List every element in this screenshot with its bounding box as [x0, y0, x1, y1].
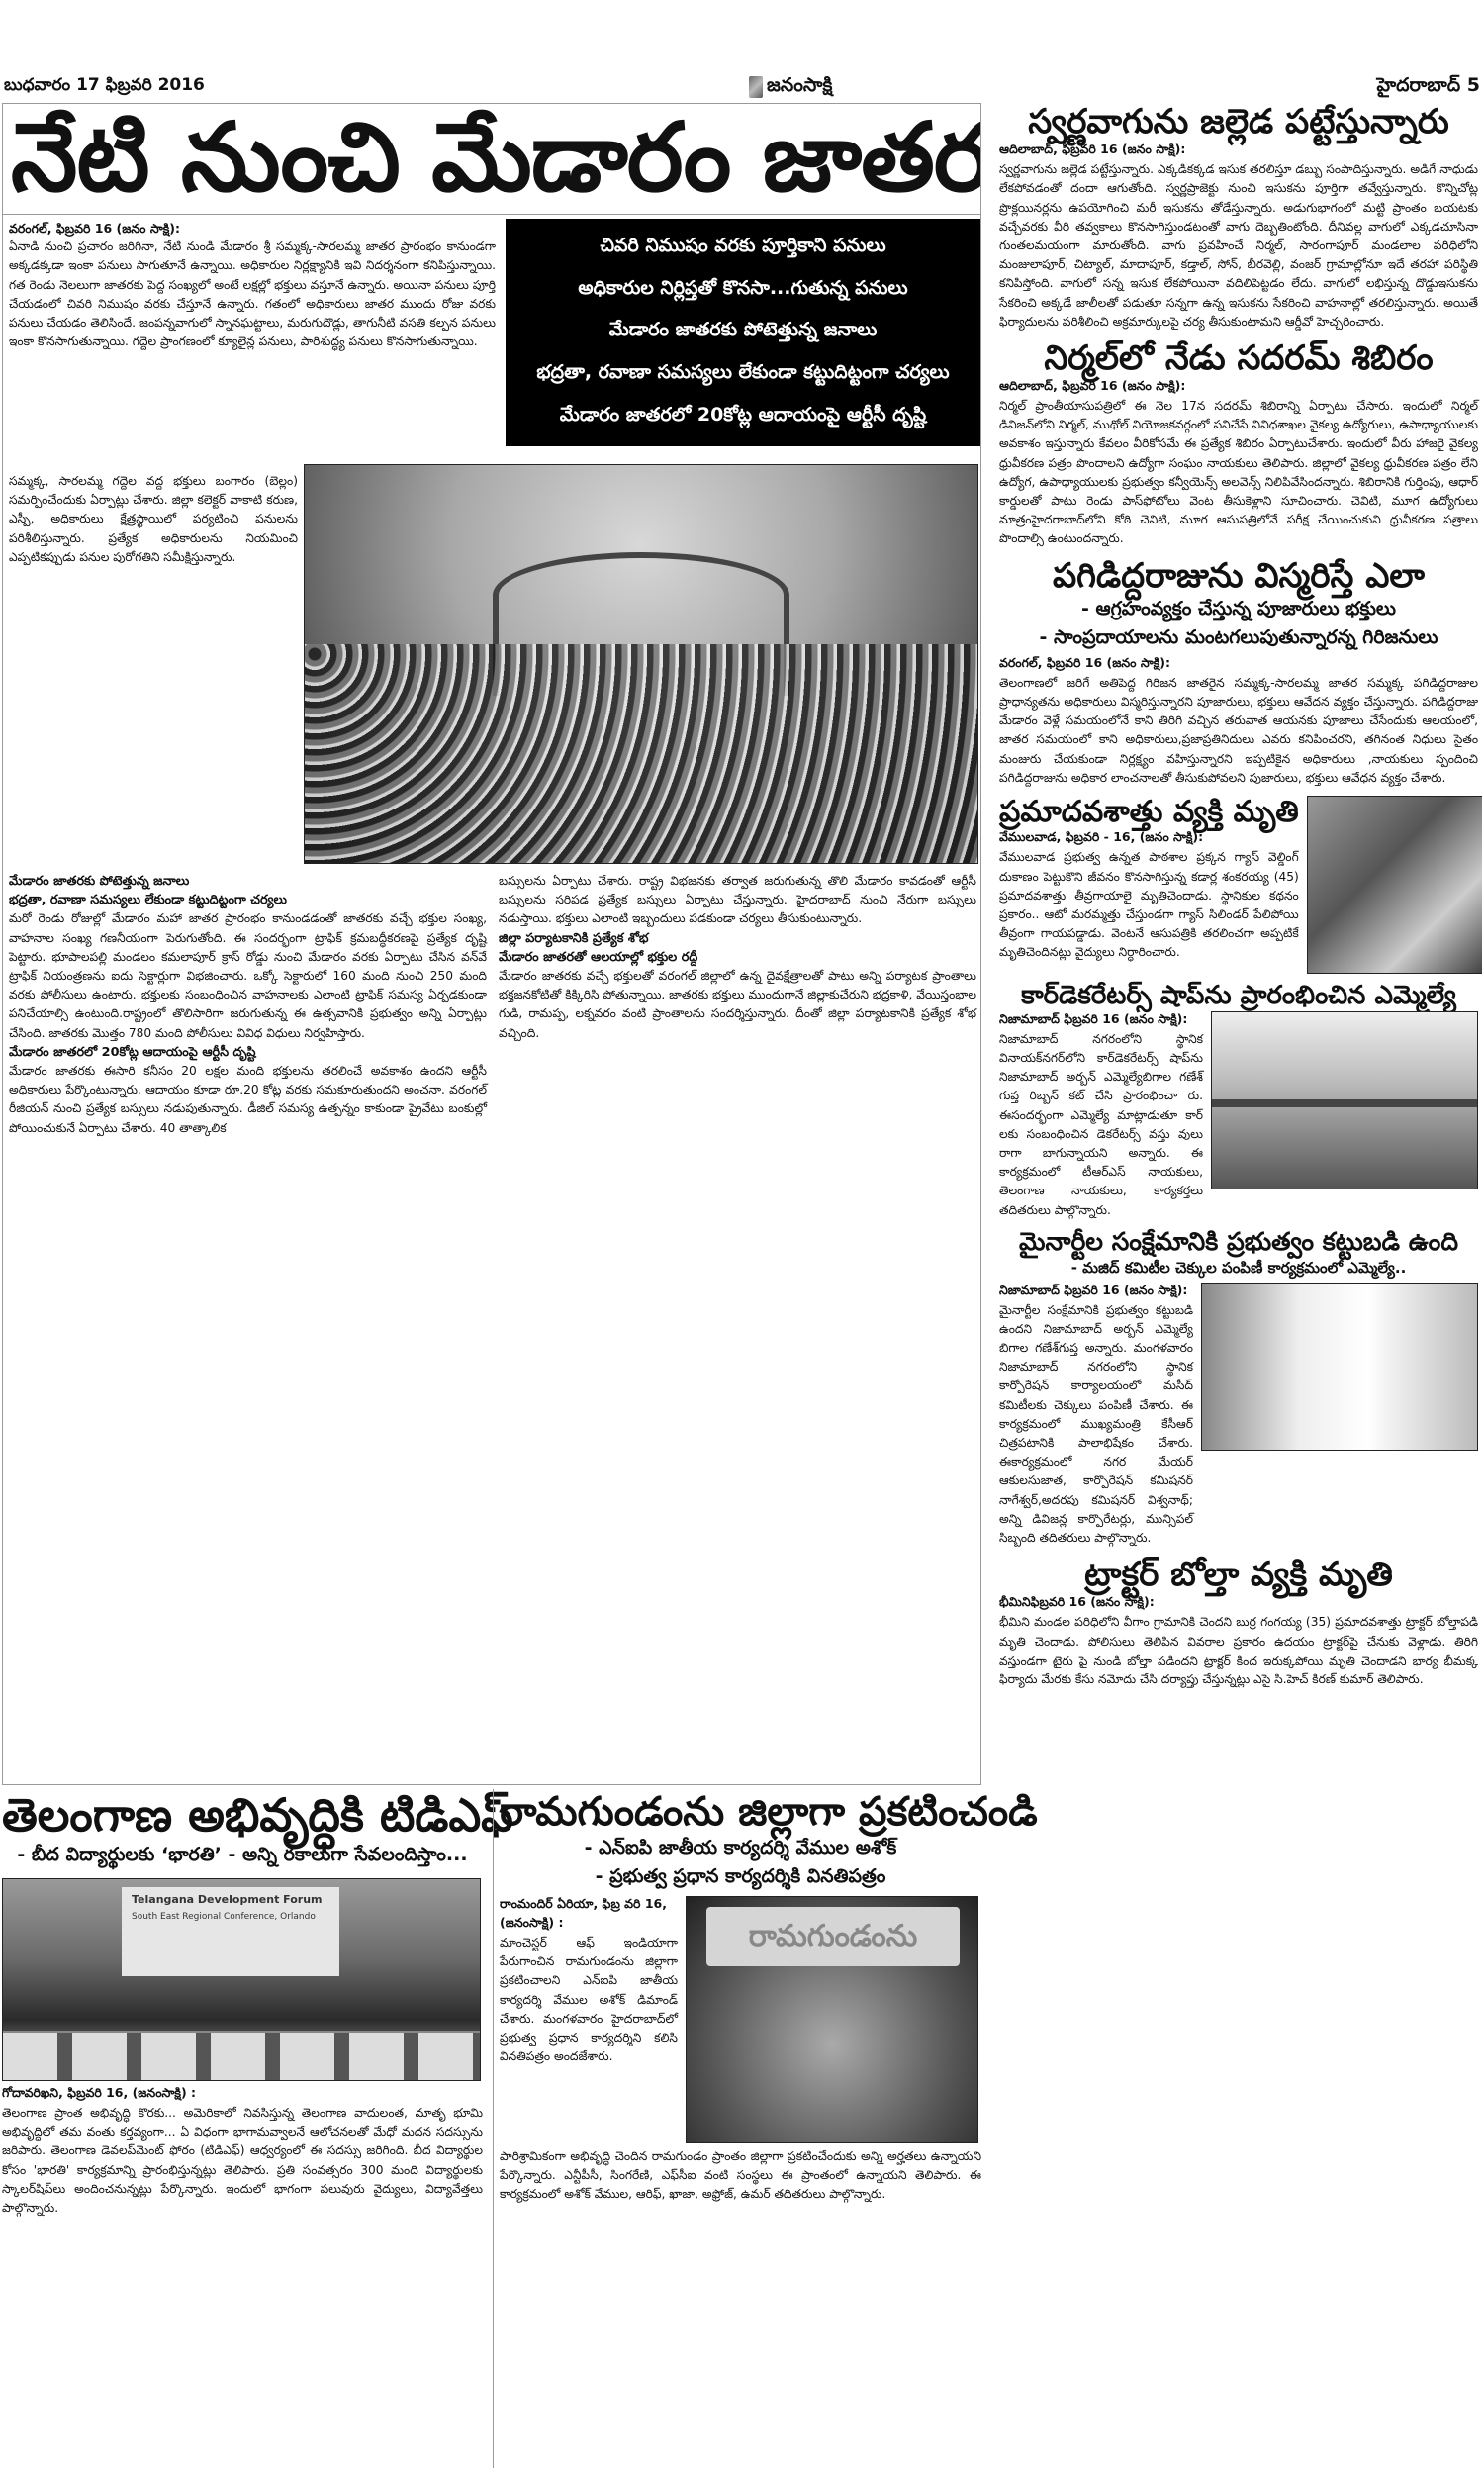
story-body: వేములవాడ ప్రభుత్వ ఉన్నత పాఠశాల ప్రక్కన గ… — [999, 848, 1299, 962]
story-body: నిజామాబాద్ నగరంలోని స్థానిక వినాయక్‌నగర్… — [999, 1030, 1203, 1220]
ramagundam-banner: రామగుండంను — [706, 1907, 960, 1966]
kicker-box: చివరి నిముషం వరకు పూర్తికాని పనులు అధికా… — [506, 219, 980, 446]
story-body: భీమిని మండల పరిధిలోని వీగాం గ్రామానికి చ… — [999, 1613, 1478, 1689]
kicker-line: మేడారం జాతరకు పోటెత్తున్న జనాలు — [609, 319, 878, 345]
story-subheadline: - మజిద్ కమిటీల చెక్కుల పంపిణీ కార్యక్రమం… — [999, 1259, 1478, 1281]
forum-banner: Telangana Development Forum South East R… — [122, 1887, 339, 1976]
lead-lower-columns: మేడారం జాతరకు పోటెత్తున్న జనాలు భద్రతా, … — [9, 872, 976, 1138]
lead-col2-paragraph-2: మేడారం జాతరకు వచ్చే భక్తులతో వరంగల్ జిల్… — [499, 967, 976, 1043]
story-swarnavagu: స్వర్ణవాగును జల్లెడ పట్టేస్తున్నారు ఆదిల… — [995, 103, 1482, 332]
forum-banner-title: Telangana Development Forum — [122, 1887, 339, 1912]
lead-dateline: వరంగల్, ఫిబ్రవరి 16 (జనం సాక్షి): — [9, 219, 496, 238]
crowd-texture — [305, 644, 977, 863]
subhead: మేడారం జాతరలో 20కోట్ల ఆదాయంపై ఆర్టీసీ దృ… — [9, 1043, 487, 1062]
story-headline: ప్రమాదవశాత్తు వ్యక్తి మృతి — [999, 796, 1299, 830]
minority-meeting-photo — [1201, 1283, 1478, 1451]
story-dateline: ఆదిలాబాద్, ఫిబ్రవరి 16 (జనం సాక్షి): — [999, 142, 1478, 160]
story-car-decorators: కార్‌డెకరేటర్స్ షాప్‌ను ప్రారంభించిన ఎమ్… — [995, 982, 1482, 1220]
top-margin — [0, 0, 1484, 71]
lead-col2-paragraph-1: బస్సులను ఏర్పాటు చేశారు. రాష్ట్ర విభజనకు… — [499, 872, 976, 929]
story-dateline: గోదావరిఖని, ఫిబ్రవరి 16, (జనంసాక్షి) : — [2, 2085, 483, 2104]
story-body: స్వర్ణవాగును జల్లెడ పట్టేస్తున్నారు. ఎక్… — [999, 160, 1478, 332]
story-dateline: రాంమందిర్ ఏరియా, ఫిబ్ర వరి 16, (జనంసాక్ష… — [500, 1896, 678, 1934]
story-subheadline: - సాంప్రదాయాలను మంటగలుపుతున్నారన్న గిరిజ… — [999, 626, 1478, 653]
story-sadaram-camp: నిర్మల్‌లో నేడు సదరమ్ శిబిరం ఆదిలాబాద్, … — [995, 339, 1482, 549]
story-dateline: వరంగల్, ఫిబ్రవరి 16 (జనం సాక్షి): — [999, 655, 1478, 674]
lead-body-area: వరంగల్, ఫిబ్రవరి 16 (జనం సాక్షి): ఏనాడి … — [3, 215, 980, 1785]
kicker-line: మేడారం జాతరలో 20కోట్ల ఆదాయంపై ఆర్టీసీ దృ… — [560, 404, 926, 430]
story-dateline: వేములవాడ, ఫిబ్రవరి - 16, (జనం సాక్షి): — [999, 829, 1299, 848]
story-pagididdaraju: పగిడిద్దరాజును విస్మరిస్తే ఎలా - ఆగ్రహంవ… — [995, 557, 1482, 788]
story-ramagundam: రామగుండంను జిల్లాగా ప్రకటించండి - ఎన్ఐపి… — [493, 1789, 981, 2468]
ribbon-cutting-photo — [1211, 1011, 1478, 1189]
story-body: నిర్మల్ ప్రాంతీయాసుపత్రిలో ఈ నెల 17న సదర… — [999, 397, 1478, 549]
subhead: భద్రతా, రవాణా సమస్యలు లేకుండా కట్టుదిట్ట… — [9, 891, 487, 909]
paper-logo: జనంసాక్షి — [749, 74, 832, 101]
crowd-photo — [304, 464, 978, 864]
story-subheadline: - ఎన్ఐపి జాతీయ కార్యదర్శి వేముల అశోక్ — [500, 1837, 981, 1863]
tdf-group-photo: Telangana Development Forum South East R… — [2, 1878, 481, 2081]
kicker-line: భద్రతా, రవాణా సమస్యలు లేకుండా కట్టుదిట్ట… — [536, 361, 949, 388]
paper-name: జనంసాక్షి — [767, 74, 832, 101]
ribbon-shape — [1212, 1099, 1477, 1107]
story-body: తెలంగాణ ప్రాంత అభివృద్ధి కొరకు... అమెరిక… — [2, 2104, 483, 2218]
right-column: స్వర్ణవాగును జల్లెడ పట్టేస్తున్నారు ఆదిల… — [995, 103, 1482, 2468]
subhead: మేడారం జాతరకు పోటెత్తున్న జనాలు — [9, 872, 487, 891]
story-subheadline: - ఆగ్రహంవ్యక్తం చేస్తున్న పూజారులు భక్తు… — [999, 598, 1478, 624]
issue-date: బుధవారం 17 ఫిబ్రవరి 2016 — [4, 75, 205, 99]
logo-mark-icon — [749, 76, 763, 98]
lead-story: నేటి నుంచి మేడారం జాతర వరంగల్, ఫిబ్రవరి … — [2, 103, 981, 1785]
lead-paragraph-4: మేడారం జాతరకు ఈసారి కనీసం 20 లక్షల మంది … — [9, 1062, 487, 1138]
story-headline: నిర్మల్‌లో నేడు సదరమ్ శిబిరం — [999, 339, 1478, 378]
forum-banner-sub: South East Regional Conference, Orlando — [122, 1912, 339, 1928]
story-dateline: భీమినిఫిబ్రవరి 16 (జనం సాక్షి): — [999, 1594, 1478, 1613]
story-body-continued: పారిశ్రామికంగా అభివృద్ధి చెందిన రామగుండం… — [500, 2147, 981, 2205]
lead-paragraph-3: మరో రెండు రోజుల్లో మేడారం మహా జాతర ప్రార… — [9, 909, 487, 1042]
story-dateline: నిజామాబాద్ ఫిబ్రవరి 16 (జనం సాక్షి): — [999, 1011, 1203, 1030]
ram-side-text: రాంమందిర్ ఏరియా, ఫిబ్ర వరి 16, (జనంసాక్ష… — [500, 1896, 678, 2143]
lead-paragraph-2: సమ్మక్క, సారలమ్మ గద్దెల వద్ద భక్తులు బంగ… — [9, 472, 298, 567]
story-body: తెలంగాణలో జరిగే అతిపెద్ద గిరిజన జాతరైన స… — [999, 674, 1478, 788]
ramagundam-photo: రామగుండంను — [686, 1896, 978, 2143]
subhead: జిల్లా పర్యాటకానికి ప్రత్యేక శోభ — [499, 929, 976, 948]
subhead: మేడారం జాతరతో ఆలయాల్లో భక్తుల రద్దీ — [499, 948, 976, 967]
story-subheadline: - ప్రభుత్వ ప్రధాన కార్యదర్శికి వినతిపత్ర… — [500, 1865, 981, 1892]
lead-lower-col-1: మేడారం జాతరకు పోటెత్తున్న జనాలు భద్రతా, … — [9, 872, 487, 1138]
chairs-row — [3, 2031, 480, 2080]
story-headline: రామగుండంను జిల్లాగా ప్రకటించండి — [500, 1789, 981, 1835]
lead-intro: వరంగల్, ఫిబ్రవరి 16 (జనం సాక్షి): ఏనాడి … — [9, 219, 496, 351]
story-subheadline: - బీద విద్యార్థులకు ‘భారతి’ - అన్ని రకాల… — [2, 1844, 483, 1870]
ramagundam-banner-text: రామగుండంను — [706, 1907, 960, 1966]
story-body: మాంచెస్టర్ ఆఫ్ ఇండియాగా పేరుగాంచిన రామగు… — [500, 1934, 678, 2066]
lead-headline: నేటి నుంచి మేడారం జాతర — [3, 104, 980, 215]
accident-photo — [1307, 796, 1482, 974]
story-minorities-welfare: మైనార్టీల సంక్షేమానికి ప్రభుత్వం కట్టుబడ… — [995, 1228, 1482, 1548]
story-dateline: నిజామాబాద్ ఫిబ్రవరి 16 (జనం సాక్షి): — [999, 1283, 1193, 1301]
kicker-line: చివరి నిముషం వరకు పూర్తికాని పనులు — [600, 235, 885, 261]
lead-paragraph-1: ఏనాడి నుంచి ప్రచారం జరిగినా, నేటి నుండి … — [9, 238, 496, 351]
story-headline: స్వర్ణవాగును జల్లెడ పట్టేస్తున్నారు — [999, 103, 1478, 142]
lead-lower-col-2: బస్సులను ఏర్పాటు చేశారు. రాష్ట్ర విభజనకు… — [499, 872, 976, 1138]
masthead: బుధవారం 17 ఫిబ్రవరి 2016 జనంసాక్షి హైదరా… — [0, 71, 1484, 103]
story-accident-death: ప్రమాదవశాత్తు వ్యక్తి మృతి వేములవాడ, ఫిబ… — [995, 796, 1482, 974]
story-headline: మైనార్టీల సంక్షేమానికి ప్రభుత్వం కట్టుబడ… — [999, 1228, 1478, 1257]
story-headline: తెలంగాణ అభివృద్ధికి టిడిఎఫ్ — [2, 1789, 483, 1842]
story-headline: ట్రాక్టర్ బోల్తా వ్యక్తి మృతి — [999, 1556, 1478, 1594]
kicker-line: అధికారుల నిర్లిప్తతో కొనసా...గుతున్న పను… — [578, 277, 907, 304]
story-dateline: ఆదిలాబాద్, ఫిబ్రవరి 16 (జనం సాక్షి): — [999, 378, 1478, 397]
story-tractor-accident: ట్రాక్టర్ బోల్తా వ్యక్తి మృతి భీమినిఫిబ్… — [995, 1556, 1482, 1689]
story-headline: కార్‌డెకరేటర్స్ షాప్‌ను ప్రారంభించిన ఎమ్… — [999, 982, 1478, 1011]
story-body: మైనార్టీల సంక్షేమానికి ప్రభుత్వం కట్టుబడ… — [999, 1301, 1193, 1549]
story-headline: పగిడిద్దరాజును విస్మరిస్తే ఎలా — [999, 557, 1478, 596]
edition-page: హైదరాబాద్ 5 — [1377, 74, 1480, 101]
lead-side-text: సమ్మక్క, సారలమ్మ గద్దెల వద్ద భక్తులు బంగ… — [9, 472, 298, 567]
story-tdf: తెలంగాణ అభివృద్ధికి టిడిఎఫ్ - బీద విద్యా… — [2, 1789, 483, 2468]
